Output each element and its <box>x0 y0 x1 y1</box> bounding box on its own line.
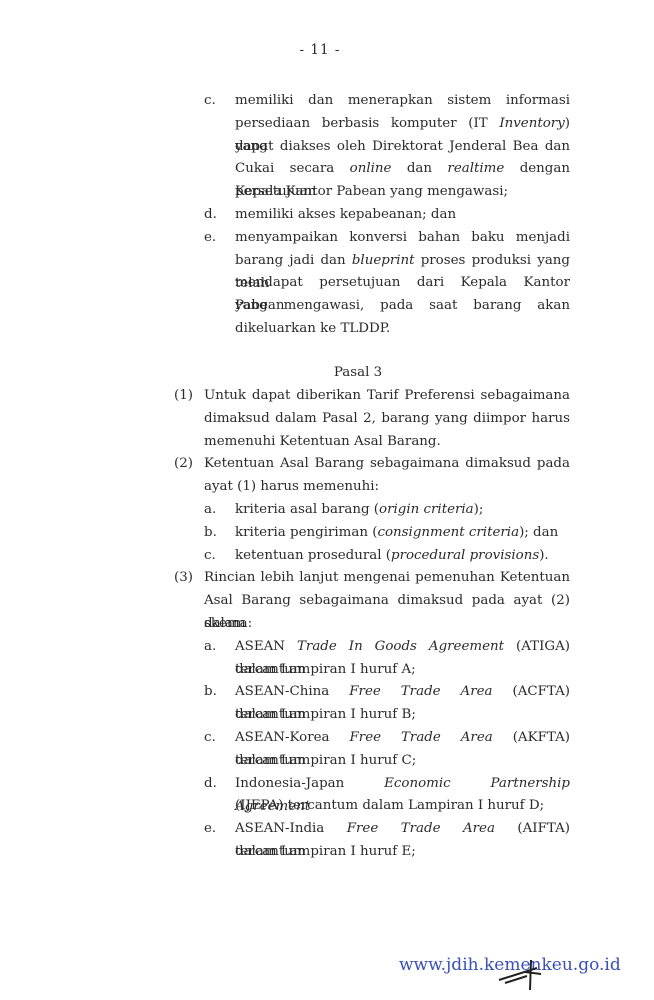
ayat-3-item-label: b. <box>204 680 217 703</box>
ayat-3-line: Asal Barang sebagaimana dimaksud pada ay… <box>204 589 570 635</box>
list-label-d: d. <box>204 203 217 226</box>
ayat-label-3: (3) <box>174 566 193 589</box>
ayat-2-line: ayat (1) harus memenuhi: <box>204 475 379 498</box>
section-e-line: menyampaikan konversi bahan baku menjadi <box>235 226 570 249</box>
list-label-c: c. <box>204 89 216 112</box>
ayat-2-item-label: b. <box>204 521 217 544</box>
ayat-1-line: Untuk dapat diberikan Tarif Preferensi s… <box>204 384 570 407</box>
ayat-3-item-label: a. <box>204 635 216 658</box>
footer-url[interactable]: www.jdih.kemenkeu.go.id <box>399 955 621 975</box>
ayat-2-item: kriteria pengiriman (consignment criteri… <box>235 521 558 544</box>
ayat-3-item-line: dalam Lampiran I huruf A; <box>235 658 416 681</box>
section-e-line: yang mengawasi, pada saat barang akan <box>235 294 570 317</box>
section-c-line: Kepala Kantor Pabean yang mengawasi; <box>235 180 508 203</box>
ayat-1-line: dimaksud dalam Pasal 2, barang yang diim… <box>204 407 570 430</box>
section-c-line: memiliki dan menerapkan sistem informasi <box>235 89 570 112</box>
ayat-3-item-label: e. <box>204 817 216 840</box>
ayat-3-item-label: d. <box>204 772 217 795</box>
ayat-3-line: skema: <box>204 612 252 635</box>
ayat-label-2: (2) <box>174 452 193 475</box>
ayat-2-item-label: a. <box>204 498 216 521</box>
ayat-3-item-line: dalam Lampiran I huruf B; <box>235 703 416 726</box>
ayat-3-line: Rincian lebih lanjut mengenai pemenuhan … <box>204 566 570 589</box>
ayat-3-item-line: dalam Lampiran I huruf E; <box>235 840 416 863</box>
pasal-title: Pasal 3 <box>0 361 654 384</box>
ayat-3-item-label: c. <box>204 726 216 749</box>
ayat-2-item: ketentuan prosedural (procedural provisi… <box>235 544 549 567</box>
ayat-label-1: (1) <box>174 384 193 407</box>
page-number: - 11 - <box>0 42 640 58</box>
ayat-2-item: kriteria asal barang (origin criteria); <box>235 498 483 521</box>
ayat-3-item-line: (IJEPA) tercantum dalam Lampiran I huruf… <box>235 794 544 817</box>
ayat-3-item-line: dalam Lampiran I huruf C; <box>235 749 416 772</box>
ayat-2-line: Ketentuan Asal Barang sebagaimana dimaks… <box>204 452 570 475</box>
section-d-text: memiliki akses kepabeanan; dan <box>235 203 456 226</box>
ayat-1-line: memenuhi Ketentuan Asal Barang. <box>204 430 441 453</box>
list-label-e: e. <box>204 226 216 249</box>
section-e-line: dikeluarkan ke TLDDP. <box>235 317 390 340</box>
ayat-2-item-label: c. <box>204 544 216 567</box>
section-c-line: dapat diakses oleh Direktorat Jenderal B… <box>235 135 570 158</box>
